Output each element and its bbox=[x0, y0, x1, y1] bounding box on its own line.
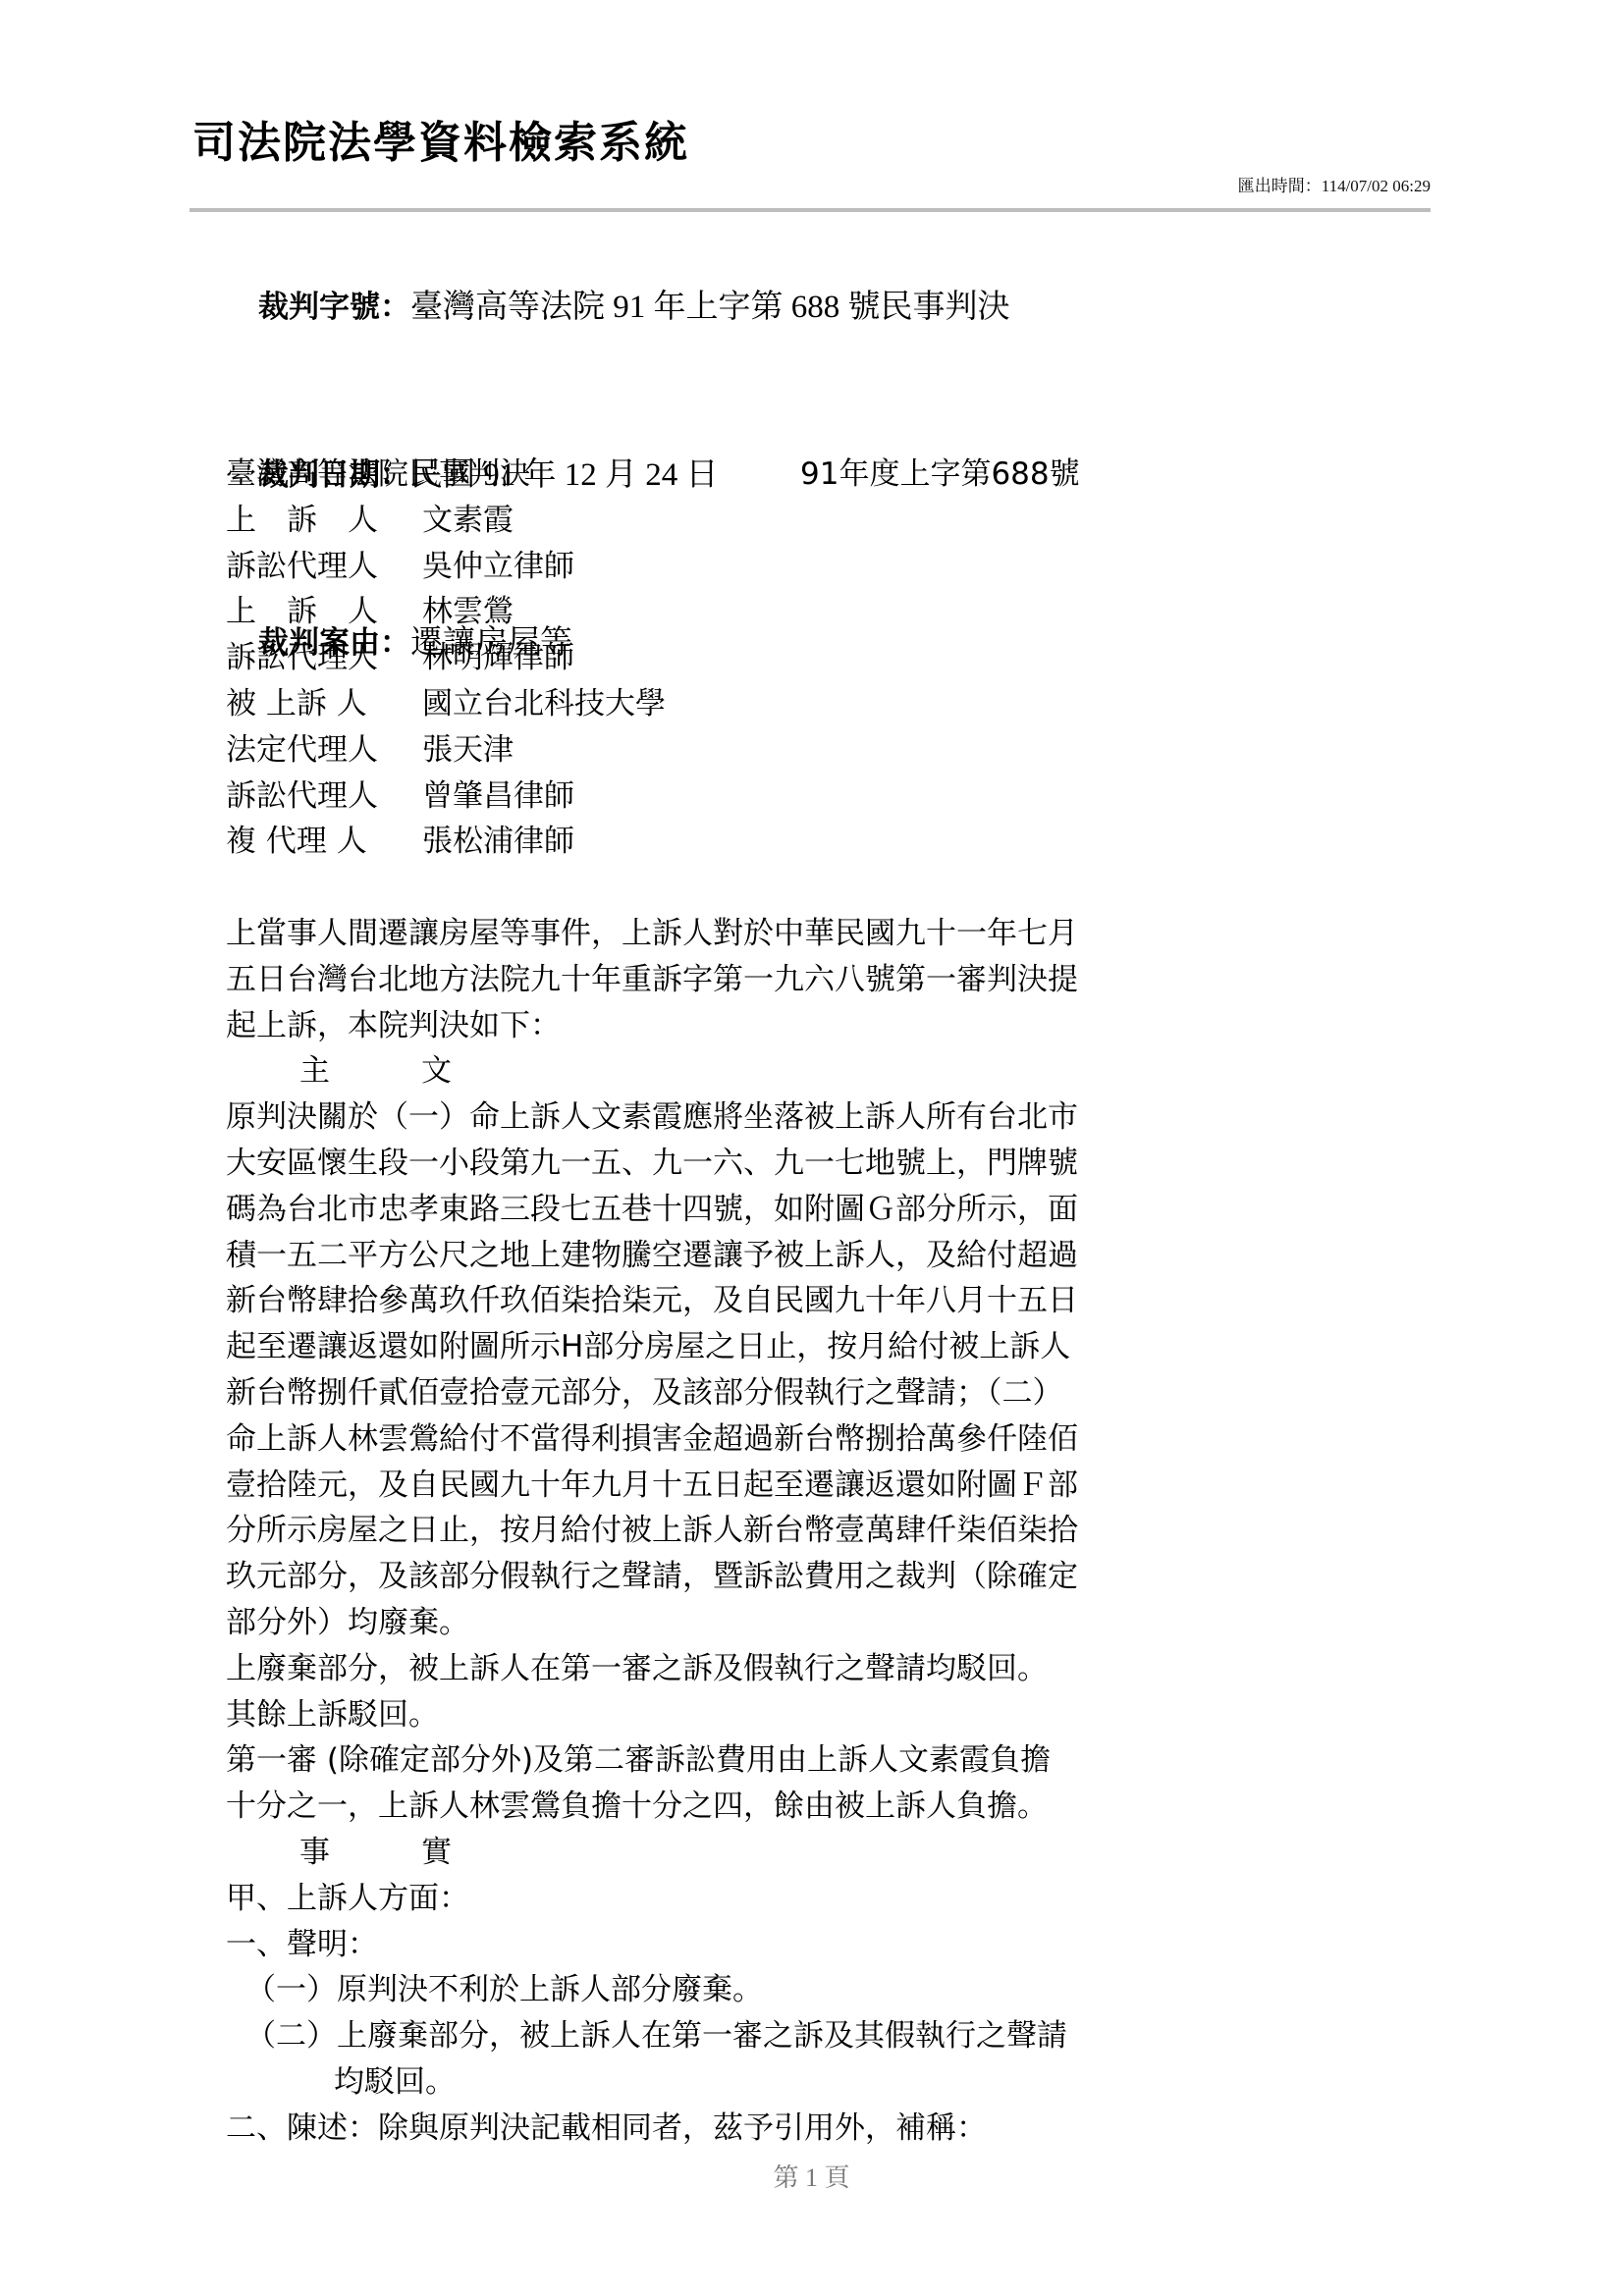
text-line: （二）上廢棄部分，被上訴人在第一審之訴及其假執行之聲請 bbox=[226, 2013, 1168, 2059]
text-line: 五日台灣台北地方法院九十年重訴字第一九六八號第一審判決提 bbox=[226, 957, 1168, 1003]
text-line: 起至遷讓返還如附圖所示H部分房屋之日止，按月給付被上訴人 bbox=[226, 1324, 1168, 1370]
system-title: 司法院法學資料檢索系統 bbox=[192, 116, 689, 171]
export-time-label: 匯出時間： bbox=[1238, 177, 1322, 195]
party-role: 上 訴 人 bbox=[226, 589, 422, 635]
text-line: 上當事人間遷讓房屋等事件，上訴人對於中華民國九十一年七月 bbox=[226, 911, 1168, 957]
party-name: 國立台北科技大學 bbox=[422, 681, 666, 727]
text-line: 新台幣捌仟貳佰壹拾壹元部分，及該部分假執行之聲請；（二） bbox=[226, 1370, 1168, 1416]
party-name: 林雲鶯 bbox=[422, 589, 514, 635]
text-line: 均駁回。 bbox=[226, 2059, 1168, 2106]
party-role: 上 訴 人 bbox=[226, 498, 422, 544]
party-row: 法定代理人張天津 bbox=[226, 727, 1168, 774]
text-line: 新台幣肆拾參萬玖仟玖佰柒拾柒元，及自民國九十年八月十五日 bbox=[226, 1278, 1168, 1324]
intro-paragraph: 上當事人間遷讓房屋等事件，上訴人對於中華民國九十一年七月 五日台灣台北地方法院九… bbox=[226, 911, 1168, 1048]
meta-row-case-number: 裁判字號：臺灣高等法院 91 年上字第 688 號民事判決 bbox=[226, 224, 1010, 392]
main-text: 原判決關於（一）命上訴人文素霞應將坐落被上訴人所有台北市 大安區懷生段一小段第九… bbox=[226, 1095, 1168, 1830]
text-line: 二、陳述：除與原判決記載相同者，茲予引用外，補稱： bbox=[226, 2106, 1168, 2152]
party-name: 林明輝律師 bbox=[422, 635, 574, 681]
party-row: 複 代理 人張松浦律師 bbox=[226, 819, 1168, 865]
text-line: （一）原判決不利於上訴人部分廢棄。 bbox=[226, 1967, 1168, 2013]
text-line: 玖元部分，及該部分假執行之聲請，暨訴訟費用之裁判（除確定 bbox=[226, 1554, 1168, 1600]
text-line: 一、聲明： bbox=[226, 1922, 1168, 1968]
text-line: 起上訴，本院判決如下： bbox=[226, 1003, 1168, 1049]
text-line: 第一審 (除確定部分外)及第二審訴訟費用由上訴人文素霞負擔 bbox=[226, 1737, 1168, 1784]
party-row: 被 上訴 人國立台北科技大學 bbox=[226, 681, 1168, 727]
meta-key: 裁判字號： bbox=[258, 290, 410, 325]
judgment-body: 臺灣高等法院民事判決 91年度上字第688號 上 訴 人文素霞 訴訟代理人吳仲立… bbox=[226, 452, 1168, 2151]
party-row: 訴訟代理人曾肇昌律師 bbox=[226, 774, 1168, 820]
party-role: 訴訟代理人 bbox=[226, 544, 422, 590]
text-line: 積一五二平方公尺之地上建物騰空遷讓予被上訴人，及給付超過 bbox=[226, 1233, 1168, 1279]
text-line: 原判決關於（一）命上訴人文素霞應將坐落被上訴人所有台北市 bbox=[226, 1095, 1168, 1141]
text-line: 壹拾陸元，及自民國九十年九月十五日起至遷讓返還如附圖Ｆ部 bbox=[226, 1463, 1168, 1509]
parties-list: 上 訴 人文素霞 訴訟代理人吳仲立律師 上 訴 人林雲鶯 訴訟代理人林明輝律師 … bbox=[226, 498, 1168, 865]
text-line: 上廢棄部分，被上訴人在第一審之訴及假執行之聲請均駁回。 bbox=[226, 1646, 1168, 1692]
party-name: 張天津 bbox=[422, 727, 514, 774]
party-name: 張松浦律師 bbox=[422, 819, 574, 865]
facts-text: 甲、上訴人方面： 一、聲明： （一）原判決不利於上訴人部分廢棄。 （二）上廢棄部… bbox=[226, 1876, 1168, 2152]
facts-heading: 事 實 bbox=[226, 1830, 1168, 1876]
export-time: 匯出時間：114/07/02 06:29 bbox=[1238, 175, 1431, 198]
party-row: 訴訟代理人吳仲立律師 bbox=[226, 544, 1168, 590]
spacer bbox=[226, 865, 1168, 911]
text-line: 大安區懷生段一小段第九一五、九一六、九一七地號上，門牌號 bbox=[226, 1141, 1168, 1187]
main-heading: 主 文 bbox=[226, 1048, 1168, 1095]
court-title: 臺灣高等法院民事判決 bbox=[226, 452, 800, 498]
party-row: 訴訟代理人林明輝律師 bbox=[226, 635, 1168, 681]
page-number: 第 1 頁 bbox=[0, 2158, 1623, 2194]
header-divider bbox=[189, 208, 1431, 212]
text-line: 分所示房屋之日止，按月給付被上訴人新台幣壹萬肆仟柒佰柒拾 bbox=[226, 1508, 1168, 1554]
text-line: 十分之一，上訴人林雲鶯負擔十分之四，餘由被上訴人負擔。 bbox=[226, 1784, 1168, 1830]
text-line: 部分外）均廢棄。 bbox=[226, 1600, 1168, 1646]
party-role: 訴訟代理人 bbox=[226, 635, 422, 681]
text-line: 命上訴人林雲鶯給付不當得利損害金超過新台幣捌拾萬參仟陸佰 bbox=[226, 1416, 1168, 1463]
export-time-value: 114/07/02 06:29 bbox=[1322, 177, 1431, 195]
party-role: 訴訟代理人 bbox=[226, 774, 422, 820]
party-role: 被 上訴 人 bbox=[226, 681, 422, 727]
text-line: 其餘上訴駁回。 bbox=[226, 1692, 1168, 1738]
text-line: 碼為台北市忠孝東路三段七五巷十四號，如附圖Ｇ部分所示，面 bbox=[226, 1187, 1168, 1233]
text-line: 甲、上訴人方面： bbox=[226, 1876, 1168, 1922]
meta-value: 臺灣高等法院 91 年上字第 688 號民事判決 bbox=[410, 290, 1010, 325]
party-role: 法定代理人 bbox=[226, 727, 422, 774]
party-name: 曾肇昌律師 bbox=[422, 774, 574, 820]
case-number: 91年度上字第688號 bbox=[800, 452, 1080, 498]
party-row: 上 訴 人林雲鶯 bbox=[226, 589, 1168, 635]
party-name: 文素霞 bbox=[422, 498, 514, 544]
party-role: 複 代理 人 bbox=[226, 819, 422, 865]
court-header-line: 臺灣高等法院民事判決 91年度上字第688號 bbox=[226, 452, 1168, 498]
party-row: 上 訴 人文素霞 bbox=[226, 498, 1168, 544]
party-name: 吳仲立律師 bbox=[422, 544, 574, 590]
